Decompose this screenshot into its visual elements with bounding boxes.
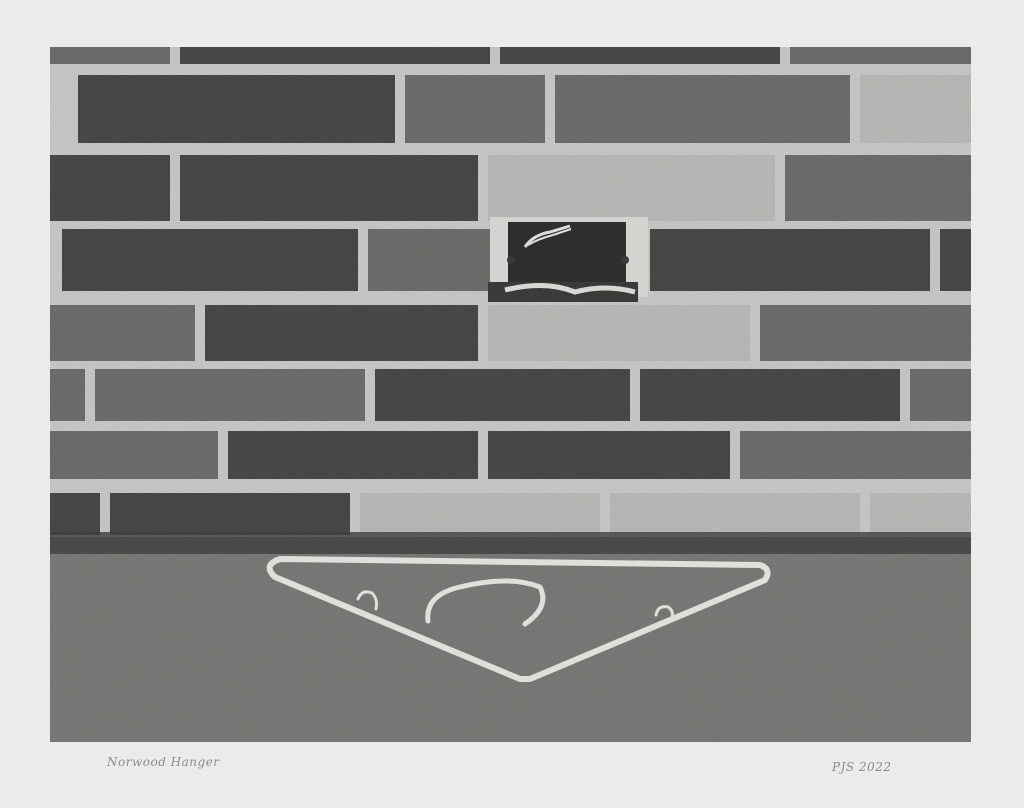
brick — [360, 493, 600, 535]
brick — [405, 75, 545, 143]
electrical-box — [488, 217, 648, 302]
brick — [50, 493, 100, 535]
brick — [95, 369, 365, 421]
artwork-title: Norwood Hanger — [107, 755, 220, 769]
brick — [760, 305, 971, 361]
brick — [205, 305, 478, 361]
photograph-print — [50, 47, 971, 742]
brick — [860, 75, 971, 143]
brick — [740, 431, 971, 479]
brick — [180, 155, 478, 221]
brick — [940, 229, 971, 291]
artist-signature: PJS 2022 — [832, 760, 891, 774]
brick — [870, 493, 971, 535]
brick — [500, 47, 780, 64]
brick — [790, 47, 971, 64]
brick — [180, 47, 490, 64]
brick — [555, 75, 850, 143]
brick — [78, 75, 395, 143]
wall-base-shadow — [50, 532, 971, 554]
brick — [50, 369, 85, 421]
brick — [488, 155, 775, 221]
brick — [785, 155, 971, 221]
brick — [610, 493, 860, 535]
brick — [488, 431, 730, 479]
brick-wall-scene — [50, 47, 971, 742]
brick — [50, 431, 218, 479]
ground — [50, 537, 971, 742]
brick — [50, 305, 195, 361]
brick — [110, 493, 350, 535]
brick — [62, 229, 358, 291]
brick — [640, 369, 900, 421]
brick — [228, 431, 478, 479]
brick — [910, 369, 971, 421]
brick — [50, 47, 170, 64]
brick — [488, 305, 750, 361]
brick — [50, 155, 170, 221]
brick — [375, 369, 630, 421]
brick — [650, 229, 930, 291]
